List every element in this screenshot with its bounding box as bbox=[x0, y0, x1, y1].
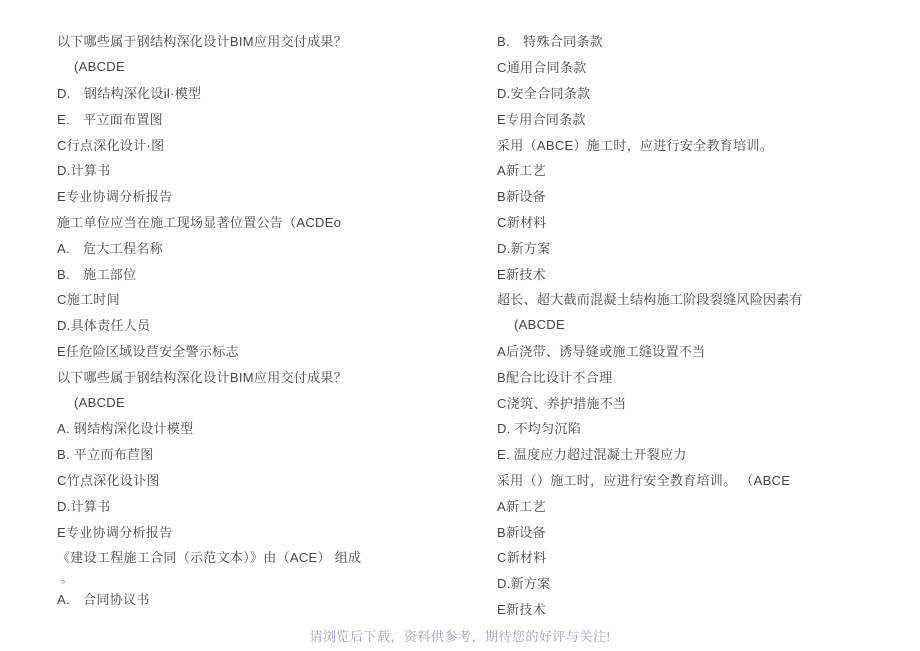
text-line: A新工艺 bbox=[497, 157, 913, 183]
text-line: 超长、超大截而混凝土结构施工阶段裂缝风险因素有 bbox=[497, 286, 913, 312]
text-line: E新技术 bbox=[497, 596, 913, 622]
text-line: A新工艺 bbox=[497, 492, 913, 518]
text-line: (ABCDE bbox=[57, 389, 489, 415]
text-line: C浇筑、养护措施不当 bbox=[497, 389, 913, 415]
text-line: D.计算书 bbox=[57, 157, 489, 183]
text-line: (ABCDE bbox=[497, 312, 913, 338]
text-line: D.新方案 bbox=[497, 234, 913, 260]
text-line: C新材料 bbox=[497, 544, 913, 570]
text-line: B新设备 bbox=[497, 518, 913, 544]
text-line: E专业协调分析报告 bbox=[57, 183, 489, 209]
text-line: D.计算书 bbox=[57, 492, 489, 518]
text-line: B. 施工部位 bbox=[57, 260, 489, 286]
text-line: A. 危大工程名称 bbox=[57, 234, 489, 260]
text-line: E. 温度应力超过混凝土开裂应力 bbox=[497, 441, 913, 467]
document-page: 以下哪些属于钢结构深化设计BIM应用交付成果？(ABCDED. 钢结构深化设il… bbox=[0, 0, 920, 651]
text-line: A. 合同协议书 bbox=[57, 586, 489, 612]
right-column: B. 特殊合同条款C通用合同条款D.安全合同条款E专用合同条款采用（ABCE）施… bbox=[497, 28, 913, 621]
text-line: D.新方案 bbox=[497, 570, 913, 596]
text-line: 以下哪些属于钢结构深化设计BIM应用交付成果？ bbox=[57, 363, 489, 389]
footer-note: 请浏览后下载，资料供参考，期待您的好评与关注! bbox=[0, 626, 920, 645]
text-line: A后浇带、诱导缝或施工缝设置不当 bbox=[497, 338, 913, 364]
text-line: D. 钢结构深化设il·模型 bbox=[57, 80, 489, 106]
text-line: E任危险区域设苣安全警示标志 bbox=[57, 338, 489, 364]
text-line: E专业协调分析报告 bbox=[57, 518, 489, 544]
text-line: A. 钢结构深化设计模型 bbox=[57, 415, 489, 441]
text-line: 采用（）施工时，应进行安全教育培训。 （ABCE bbox=[497, 467, 913, 493]
text-line: E新技术 bbox=[497, 260, 913, 286]
text-line: C通用合同条款 bbox=[497, 54, 913, 80]
text-line: B. 平立而布苣图 bbox=[57, 441, 489, 467]
text-line: (ABCDE bbox=[57, 54, 489, 80]
text-line: C施工时间 bbox=[57, 286, 489, 312]
text-line: 以下哪些属于钢结构深化设计BIM应用交付成果？ bbox=[57, 28, 489, 54]
text-line: 采用（ABCE）施工时，应进行安全教育培训。 bbox=[497, 131, 913, 157]
text-line: C新材料 bbox=[497, 209, 913, 235]
text-line: B新设备 bbox=[497, 183, 913, 209]
text-line: C行点深化设计·图 bbox=[57, 131, 489, 157]
text-line: D.具体责任人员 bbox=[57, 312, 489, 338]
text-line: D. 不均匀沉陷 bbox=[497, 415, 913, 441]
left-column: 以下哪些属于钢结构深化设计BIM应用交付成果？(ABCDED. 钢结构深化设il… bbox=[57, 28, 489, 612]
text-line: E专用合同条款 bbox=[497, 105, 913, 131]
text-line: E. 平立面布置图 bbox=[57, 105, 489, 131]
text-line: B. 特殊合同条款 bbox=[497, 28, 913, 54]
text-line: B配合比设计不合理 bbox=[497, 363, 913, 389]
text-line: 施工单位应当在施工现场显著位置公告（ACDEo bbox=[57, 209, 489, 235]
text-line: C竹点深化设讣图 bbox=[57, 467, 489, 493]
text-line: 《建设工程施工合同（示范文本）》由（ACE） 组成 bbox=[57, 544, 489, 570]
text-line: D.安全合同条款 bbox=[497, 80, 913, 106]
text-line: 。 bbox=[57, 570, 489, 586]
